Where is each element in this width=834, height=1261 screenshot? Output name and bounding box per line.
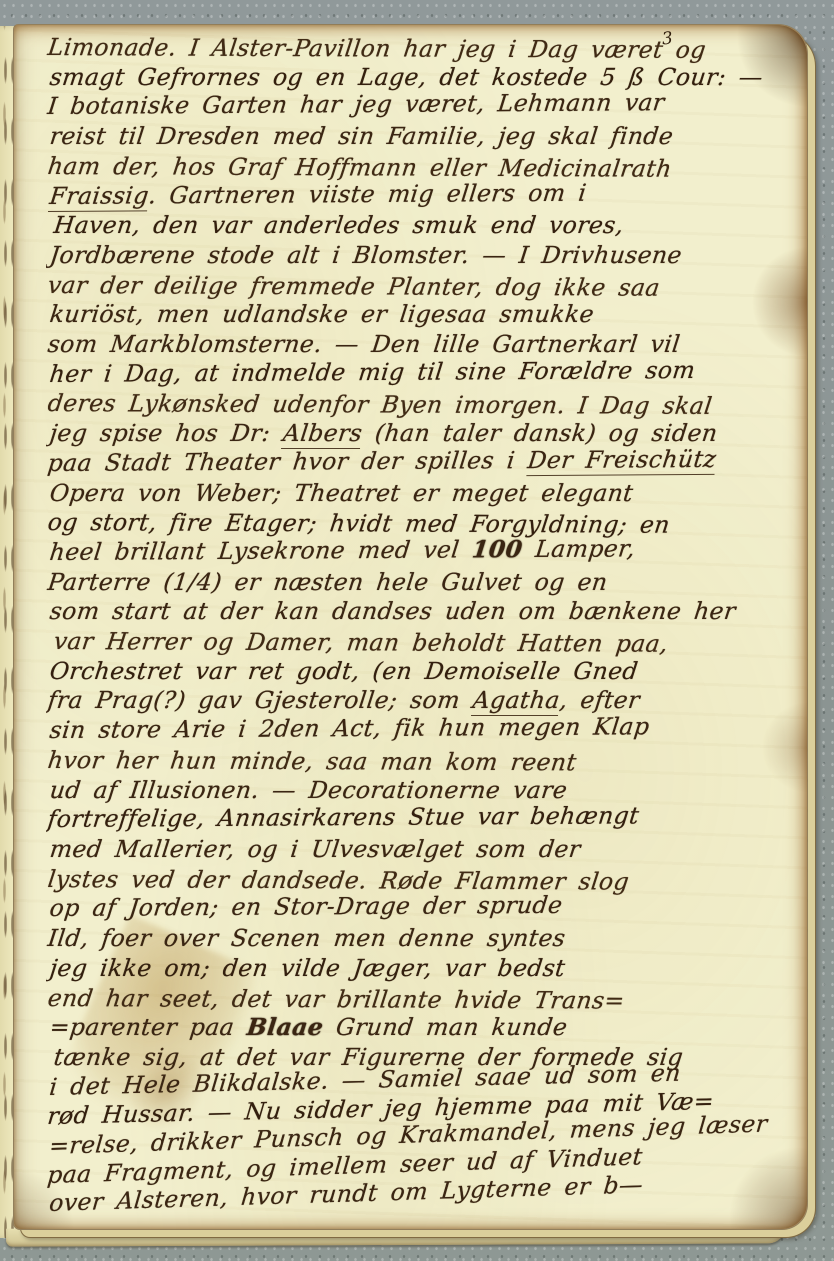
handwriting-line: var Herrer og Damer, man beholdt Hatten … [46, 627, 798, 660]
handwriting-line: heel brillant Lysekrone med vel 100 Lamp… [46, 533, 798, 567]
handwriting-line: her i Dag, at indmelde mig til sine Foræ… [46, 355, 798, 389]
handwriting-line: hvor her hun minde, saa man kom reent [46, 746, 798, 779]
handwriting-line: jeg ikke om; den vilde Jæger, var bedst [46, 954, 798, 984]
handwriting-line: Orchestret var ret godt, (en Demoiselle … [46, 657, 798, 687]
handwriting-line: reist til Dresden med sin Familie, jeg s… [46, 122, 798, 152]
handwriting-line: fortreffelige, Annasirkarens Stue var be… [46, 801, 798, 835]
handwriting-line: Fraissig. Gartneren viiste mig ellers om… [46, 177, 798, 211]
handwriting-line: deres Lykønsked udenfor Byen imorgen. I … [46, 389, 798, 422]
handwriting-line: Jordbærene stode alt i Blomster. — I Dri… [46, 241, 798, 271]
handwriting-line: Parterre (1/4) er næsten hele Gulvet og … [46, 568, 798, 598]
manuscript-page: 3 Limonade. I Alster-Pavillon har jeg i … [13, 24, 808, 1230]
handwriting-line: kuriöst, men udlandske er ligesaa smukke [46, 300, 798, 330]
handwriting-line: Opera von Weber; Theatret er meget elega… [46, 479, 798, 509]
handwriting-line: op af Jorden; en Stor-Drage der sprude [46, 890, 798, 924]
handwriting-line: =parenter paa Blaae Grund man kunde [46, 1013, 798, 1043]
handwriting-text: Limonade. I Alster-Pavillon har jeg i Da… [46, 33, 798, 1223]
handwriting-line: som start at der kan dandses uden om bæn… [46, 597, 798, 627]
handwriting-line: var der deilige fremmede Planter, dog ik… [46, 271, 798, 304]
scanned-diary-photo: 3 Limonade. I Alster-Pavillon har jeg i … [0, 0, 834, 1261]
handwriting-line: Limonade. I Alster-Pavillon har jeg i Da… [46, 33, 798, 66]
handwriting-line: Ild, foer over Scenen men denne syntes [46, 924, 798, 954]
handwriting-line: med Mallerier, og i Ulvesvælget som der [46, 835, 798, 865]
handwriting-line: end har seet, det var brillante hvide Tr… [46, 984, 798, 1017]
handwriting-line: paa Stadt Theater hvor der spilles i Der… [46, 444, 798, 478]
handwriting-line: Haven, den var anderledes smuk end vores… [46, 211, 798, 241]
handwriting-line: sin store Arie i 2den Act, fik hun megen… [46, 712, 798, 746]
handwriting-line: I botaniske Garten har jeg været, Lehman… [46, 88, 798, 122]
